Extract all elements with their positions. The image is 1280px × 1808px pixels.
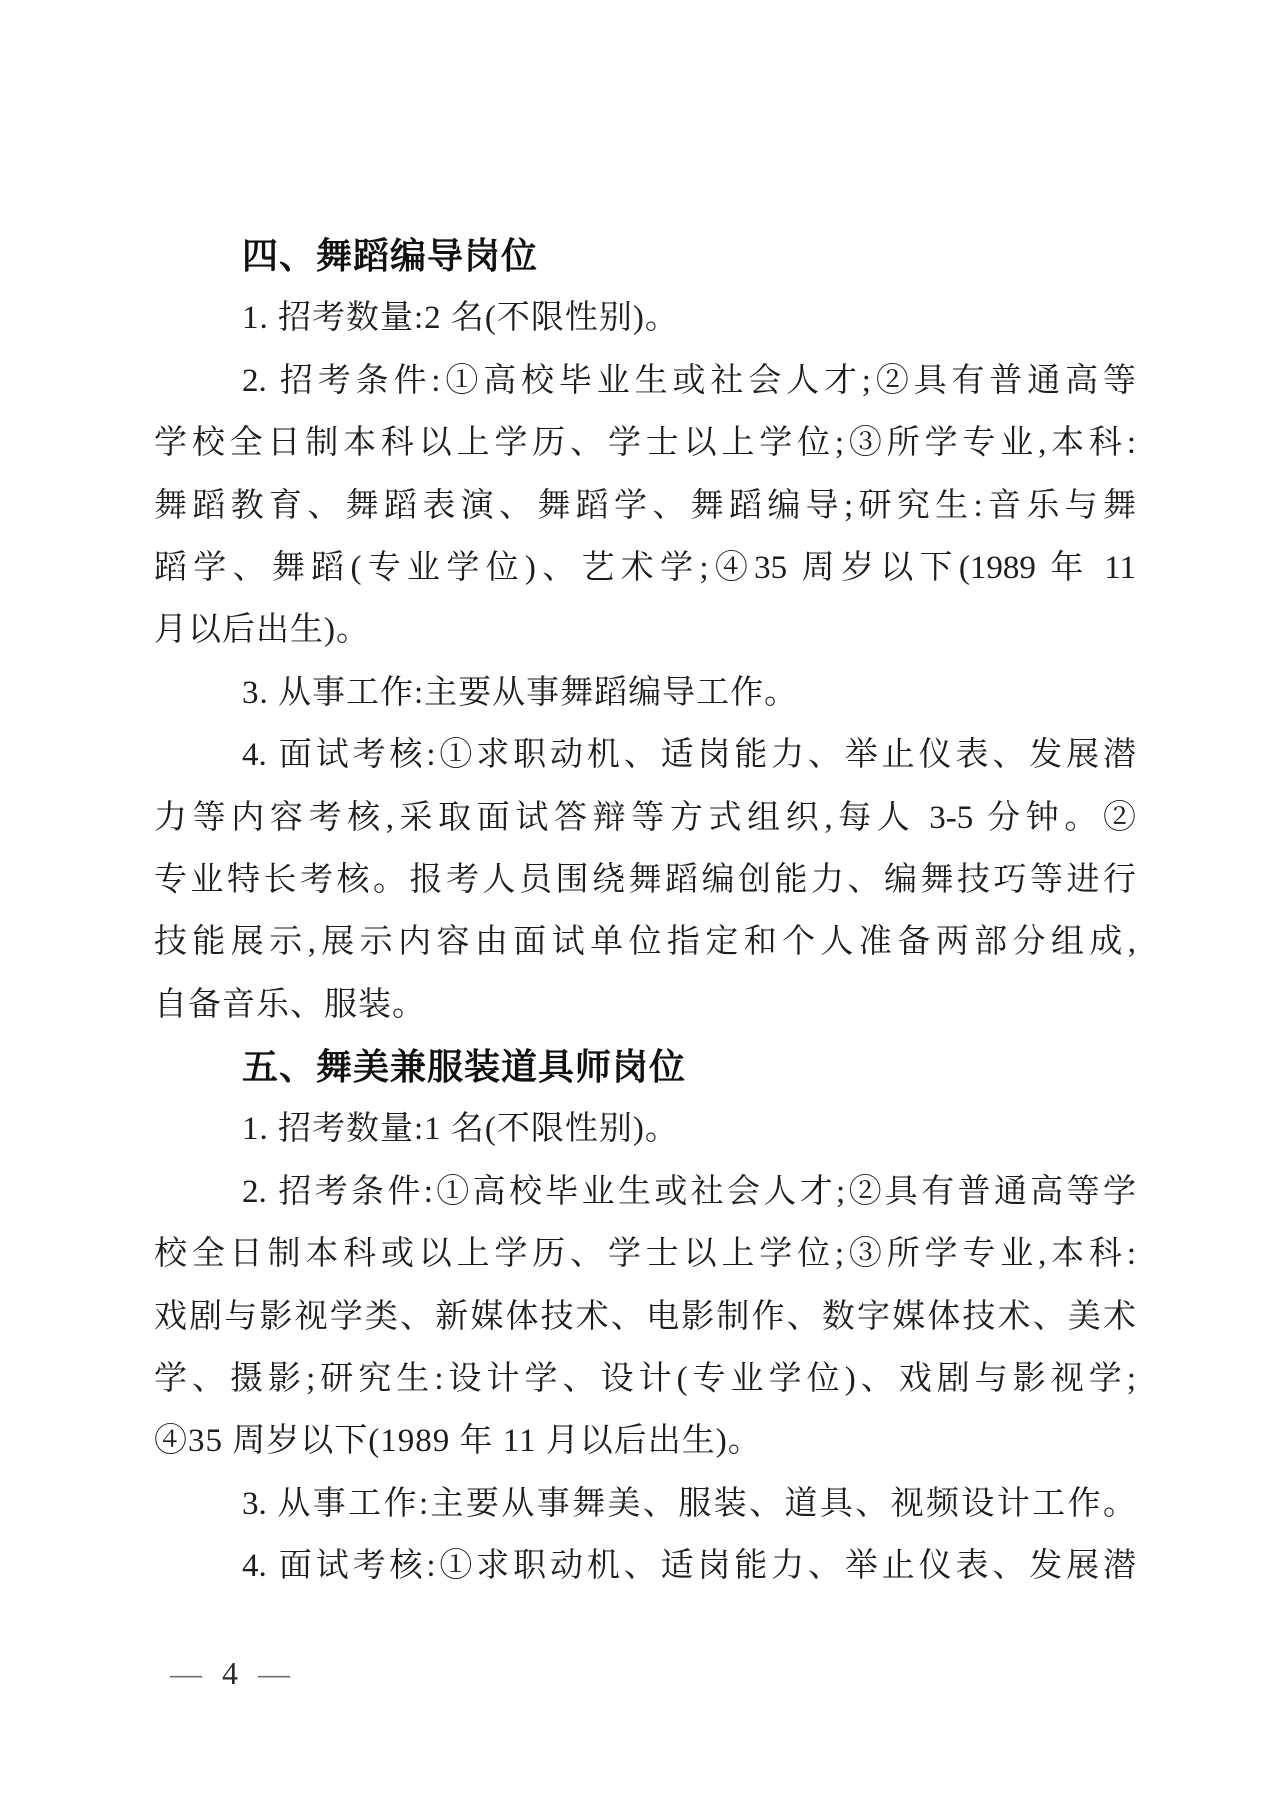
footer-dash-left: — <box>170 1655 202 1691</box>
text-line: 2. 招考条件:①高校毕业生或社会人才;②具有普通高等 <box>154 350 1136 412</box>
text-line: 4. 面试考核:①求职动机、适岗能力、举止仪表、发展潜 <box>154 1535 1136 1597</box>
text-line: 2. 招考条件:①高校毕业生或社会人才;②具有普通高等学 <box>154 1161 1136 1223</box>
text-line: 1. 招考数量:1 名(不限性别)。 <box>154 1098 1136 1160</box>
document-page: 四、舞蹈编导岗位1. 招考数量:2 名(不限性别)。2. 招考条件:①高校毕业生… <box>0 0 1280 1808</box>
text-line: 蹈学、舞蹈(专业学位)、艺术学;④35 周岁以下(1989 年 11 <box>154 537 1136 599</box>
text-line: 月以后出生)。 <box>154 599 1136 661</box>
page-footer: —4— <box>170 1655 290 1692</box>
text-line: 舞蹈教育、舞蹈表演、舞蹈学、舞蹈编导;研究生:音乐与舞 <box>154 475 1136 537</box>
text-line: ④35 周岁以下(1989 年 11 月以后出生)。 <box>154 1410 1136 1472</box>
text-line: 技能展示,展示内容由面试单位指定和个人准备两部分组成, <box>154 911 1136 973</box>
text-line: 4. 面试考核:①求职动机、适岗能力、举止仪表、发展潜 <box>154 724 1136 786</box>
text-line: 校全日制本科或以上学历、学士以上学位;③所学专业,本科: <box>154 1223 1136 1285</box>
document-section-dance-choreographer-position: 四、舞蹈编导岗位1. 招考数量:2 名(不限性别)。2. 招考条件:①高校毕业生… <box>154 225 1136 1036</box>
text-line: 自备音乐、服装。 <box>154 974 1136 1036</box>
text-line: 学、摄影;研究生:设计学、设计(专业学位)、戏剧与影视学; <box>154 1348 1136 1410</box>
text-line: 3. 从事工作:主要从事舞美、服装、道具、视频设计工作。 <box>154 1473 1136 1535</box>
text-line: 力等内容考核,采取面试答辩等方式组织,每人 3-5 分钟。② <box>154 787 1136 849</box>
text-line: 3. 从事工作:主要从事舞蹈编导工作。 <box>154 662 1136 724</box>
text-line: 1. 招考数量:2 名(不限性别)。 <box>154 287 1136 349</box>
text-line: 学校全日制本科以上学历、学士以上学位;③所学专业,本科: <box>154 412 1136 474</box>
page-number: 4 <box>222 1655 238 1691</box>
document-body: 四、舞蹈编导岗位1. 招考数量:2 名(不限性别)。2. 招考条件:①高校毕业生… <box>154 225 1136 1598</box>
text-line: 专业特长考核。报考人员围绕舞蹈编创能力、编舞技巧等进行 <box>154 849 1136 911</box>
section-heading: 五、舞美兼服装道具师岗位 <box>154 1036 1136 1098</box>
section-heading: 四、舞蹈编导岗位 <box>154 225 1136 287</box>
document-section-stage-design-costume-prop-position: 五、舞美兼服装道具师岗位1. 招考数量:1 名(不限性别)。2. 招考条件:①高… <box>154 1036 1136 1598</box>
footer-dash-right: — <box>258 1655 290 1691</box>
text-line: 戏剧与影视学类、新媒体技术、电影制作、数字媒体技术、美术 <box>154 1286 1136 1348</box>
